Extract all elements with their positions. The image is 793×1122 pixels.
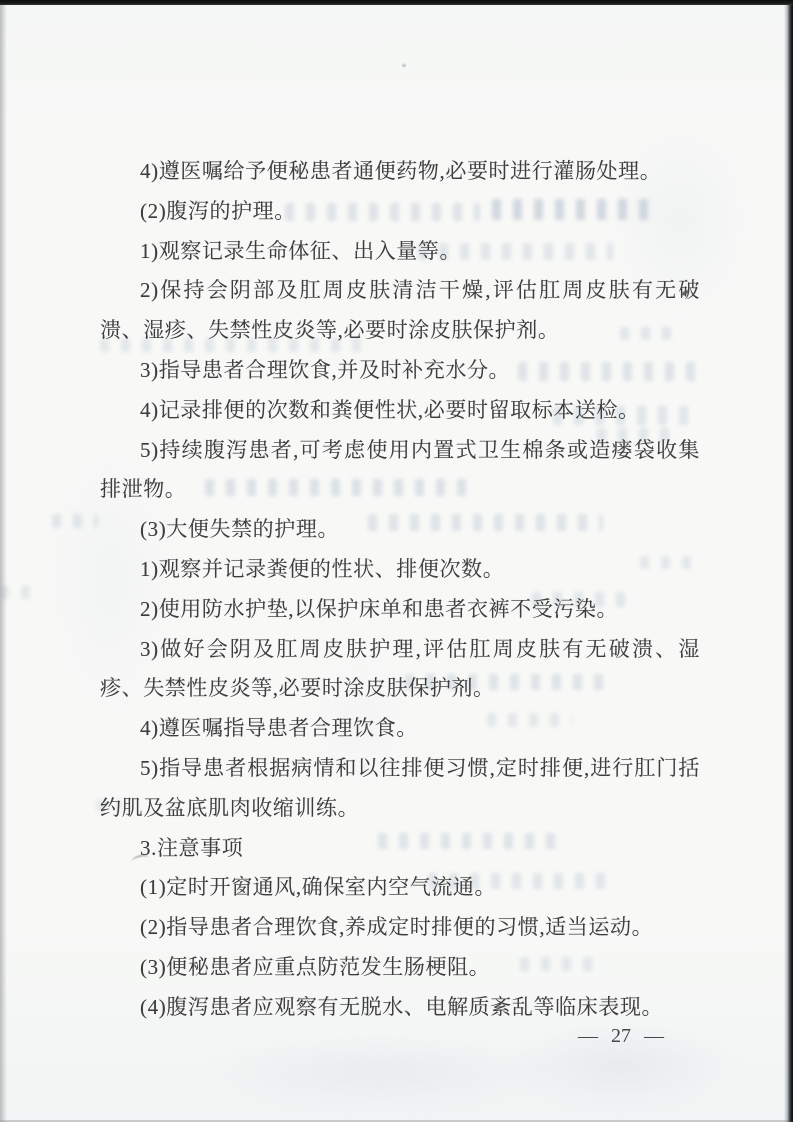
bleedthrough-smudge (52, 514, 98, 528)
body-paragraph: 4)遵医嘱给予便秘患者通便药物,必要时进行灌肠处理。 (100, 152, 700, 192)
body-paragraph: 4)记录排便的次数和粪便性状,必要时留取标本送检。 (100, 391, 700, 431)
text-block: 4)遵医嘱给予便秘患者通便药物,必要时进行灌肠处理。(2)腹泻的护理。1)观察记… (100, 152, 700, 1028)
body-paragraph: (2)指导患者合理饮食,养成定时排便的习惯,适当运动。 (100, 908, 700, 948)
body-paragraph: 1)观察并记录粪便的性状、排便次数。 (100, 550, 700, 590)
scan-edge-right (784, 0, 793, 1122)
body-paragraph: (2)腹泻的护理。 (100, 192, 700, 232)
body-paragraph: 2)使用防水护垫,以保护床单和患者衣裤不受污染。 (100, 590, 700, 630)
body-paragraph: 1)观察记录生命体征、出入量等。 (100, 232, 700, 272)
paper-blotch (200, 1035, 560, 1110)
page-number-dash-left: — (578, 1025, 598, 1048)
page-number-dash-right: — (644, 1025, 664, 1048)
body-paragraph: 5)指导患者根据病情和以往排便习惯,定时排便,进行肛门括约肌及盆底肌肉收缩训练。 (100, 749, 700, 829)
body-paragraph: 4)遵医嘱指导患者合理饮食。 (100, 709, 700, 749)
scan-edge-top (0, 0, 793, 5)
body-paragraph: 3.注意事项 (100, 829, 700, 869)
body-paragraph: 3)做好会阴及肛周皮肤护理,评估肛周皮肤有无破溃、湿疹、失禁性皮炎等,必要时涂皮… (100, 630, 700, 710)
body-paragraph: 2)保持会阴部及肛周皮肤清洁干燥,评估肛周皮肤有无破溃、湿疹、失禁性皮炎等,必要… (100, 271, 700, 351)
page-number-value: 27 (611, 1025, 631, 1048)
page-number: — 27 — (578, 1025, 664, 1048)
body-paragraph: 5)持续腹泻患者,可考虑使用内置式卫生棉条或造瘘袋收集排泄物。 (100, 431, 700, 511)
body-paragraph: (3)便秘患者应重点防范发生肠梗阻。 (100, 948, 700, 988)
body-paragraph: (3)大便失禁的护理。 (100, 510, 700, 550)
body-paragraph: (4)腹泻患者应观察有无脱水、电解质紊乱等临床表现。 (100, 988, 700, 1028)
ink-speck (401, 63, 407, 68)
scan-edge-left (0, 0, 7, 1122)
body-paragraph: (1)定时开窗通风,确保室内空气流通。 (100, 868, 700, 908)
scan-page: 4)遵医嘱给予便秘患者通便药物,必要时进行灌肠处理。(2)腹泻的护理。1)观察记… (0, 0, 793, 1122)
body-paragraph: 3)指导患者合理饮食,并及时补充水分。 (100, 351, 700, 391)
